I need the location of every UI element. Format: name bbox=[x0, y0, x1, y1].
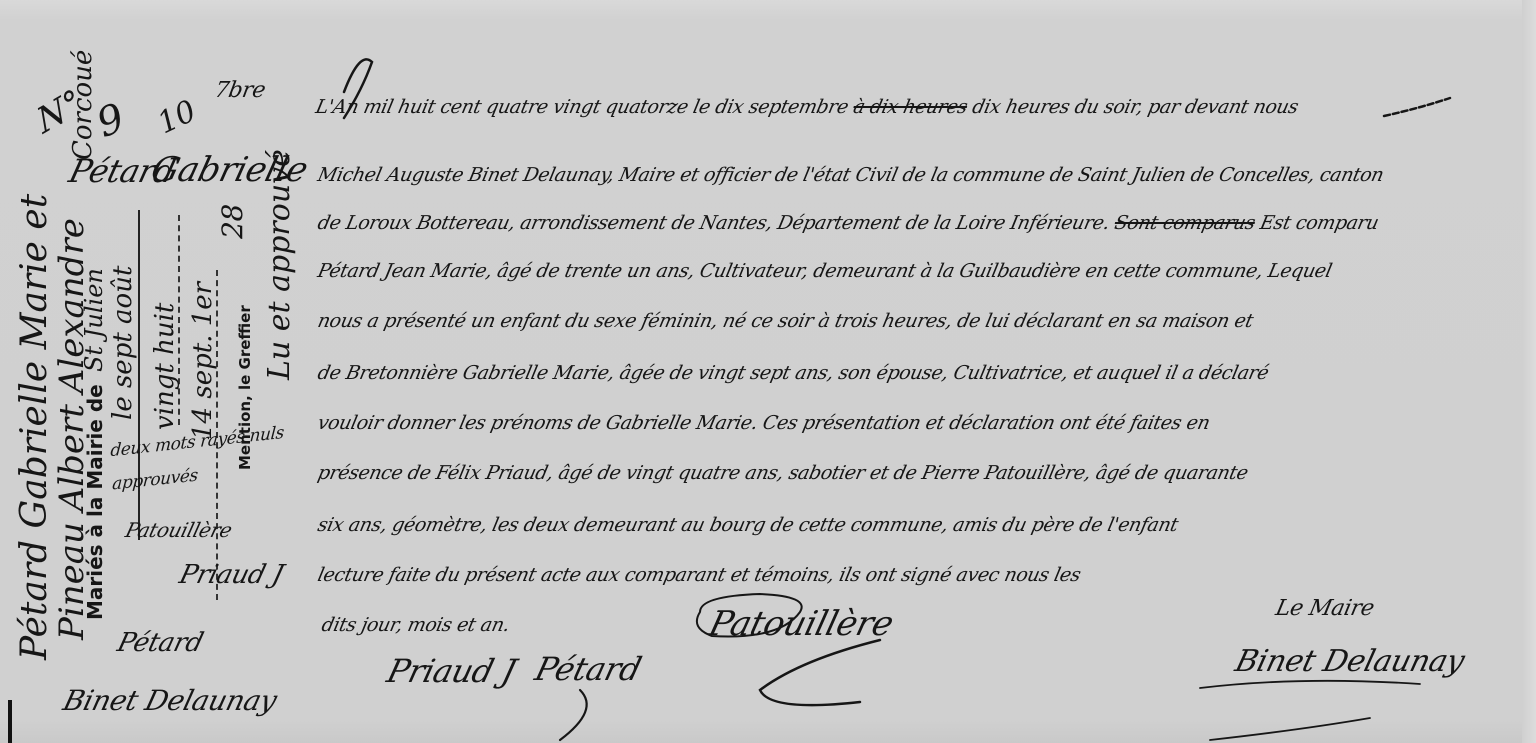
margin-signature-patouillere: Patouillère bbox=[123, 518, 234, 542]
lu-et-approuve: Lu et approuvé bbox=[262, 149, 297, 380]
printed-married-at: Mariés à la Mairie de bbox=[83, 384, 107, 620]
commune-name: Corcoué bbox=[68, 50, 98, 160]
entry-date-day: 10 bbox=[152, 94, 201, 142]
renvoi-line-2: approuvés bbox=[112, 465, 199, 494]
body-line-1: L'An mil huit cent quatre vingt quatorze… bbox=[314, 96, 1301, 118]
marriage-annotation-line-3: Mariés à la Mairie de St Julien bbox=[80, 268, 108, 620]
annotation-number: 28 bbox=[216, 204, 249, 239]
page-edge bbox=[1522, 0, 1536, 743]
body-line-2: Michel Auguste Binet Delaunay, Maire et … bbox=[316, 164, 1386, 186]
margin-signature-priaud: Priaud J bbox=[176, 560, 286, 590]
marriage-annotation-line-5: vingt huit bbox=[150, 303, 180, 430]
signature-mayor: Binet Delaunay bbox=[1232, 644, 1468, 679]
marriage-annotation-line-4: le sept août bbox=[108, 266, 138, 420]
signature-witness-patouillere: Patouillère bbox=[705, 604, 897, 644]
struck-text: Sont comparus bbox=[1113, 212, 1258, 234]
body-line-1-continued: dix heures du soir, par devant nous bbox=[970, 96, 1300, 118]
mayor-title: Le Maire bbox=[1273, 596, 1376, 621]
body-line-9: six ans, géomètre, les deux demeurant au… bbox=[316, 514, 1180, 536]
body-line-3: de Loroux Bottereau, arrondissement de N… bbox=[316, 212, 1381, 234]
marriage-annotation-line-6: 14 sept. 1er bbox=[188, 282, 218, 440]
body-line-5: nous a présenté un enfant du sexe fémini… bbox=[316, 310, 1255, 332]
married-at-place: St Julien bbox=[80, 268, 108, 372]
body-line-11: dits jour, mois et an. bbox=[320, 614, 512, 636]
marriage-annotation-line-1: Pétard Gabrielle Marie et bbox=[14, 194, 55, 660]
signature-witness-priaud: Priaud J bbox=[383, 652, 520, 690]
body-line-4: Pétard Jean Marie, âgé de trente un ans,… bbox=[316, 260, 1334, 282]
document-page: N° 9 Corcoué 10 7bre Pétard Gabrielle Pé… bbox=[0, 0, 1536, 743]
body-line-6: de Bretonnière Gabrielle Marie, âgée de … bbox=[316, 362, 1271, 384]
binding-mark bbox=[8, 700, 12, 743]
signature-father-petard: Pétard bbox=[531, 650, 645, 688]
body-line-8: présence de Félix Priaud, âgé de vingt q… bbox=[316, 462, 1250, 484]
struck-text: à dix heures bbox=[851, 96, 969, 118]
body-line-1-text: L'An mil huit cent quatre vingt quatorze… bbox=[314, 96, 851, 118]
body-line-3-continued: Est comparu bbox=[1258, 212, 1380, 234]
body-line-10: lecture faite du présent acte aux compar… bbox=[316, 564, 1083, 586]
body-line-3-text: de Loroux Bottereau, arrondissement de N… bbox=[316, 212, 1112, 234]
margin-signature-petard: Pétard bbox=[114, 628, 206, 658]
entry-date-month: 7bre bbox=[213, 78, 267, 103]
body-line-7: vouloir donner les prénoms de Gabrielle … bbox=[316, 412, 1212, 434]
margin-signature-mayor: Binet Delaunay bbox=[60, 684, 280, 717]
